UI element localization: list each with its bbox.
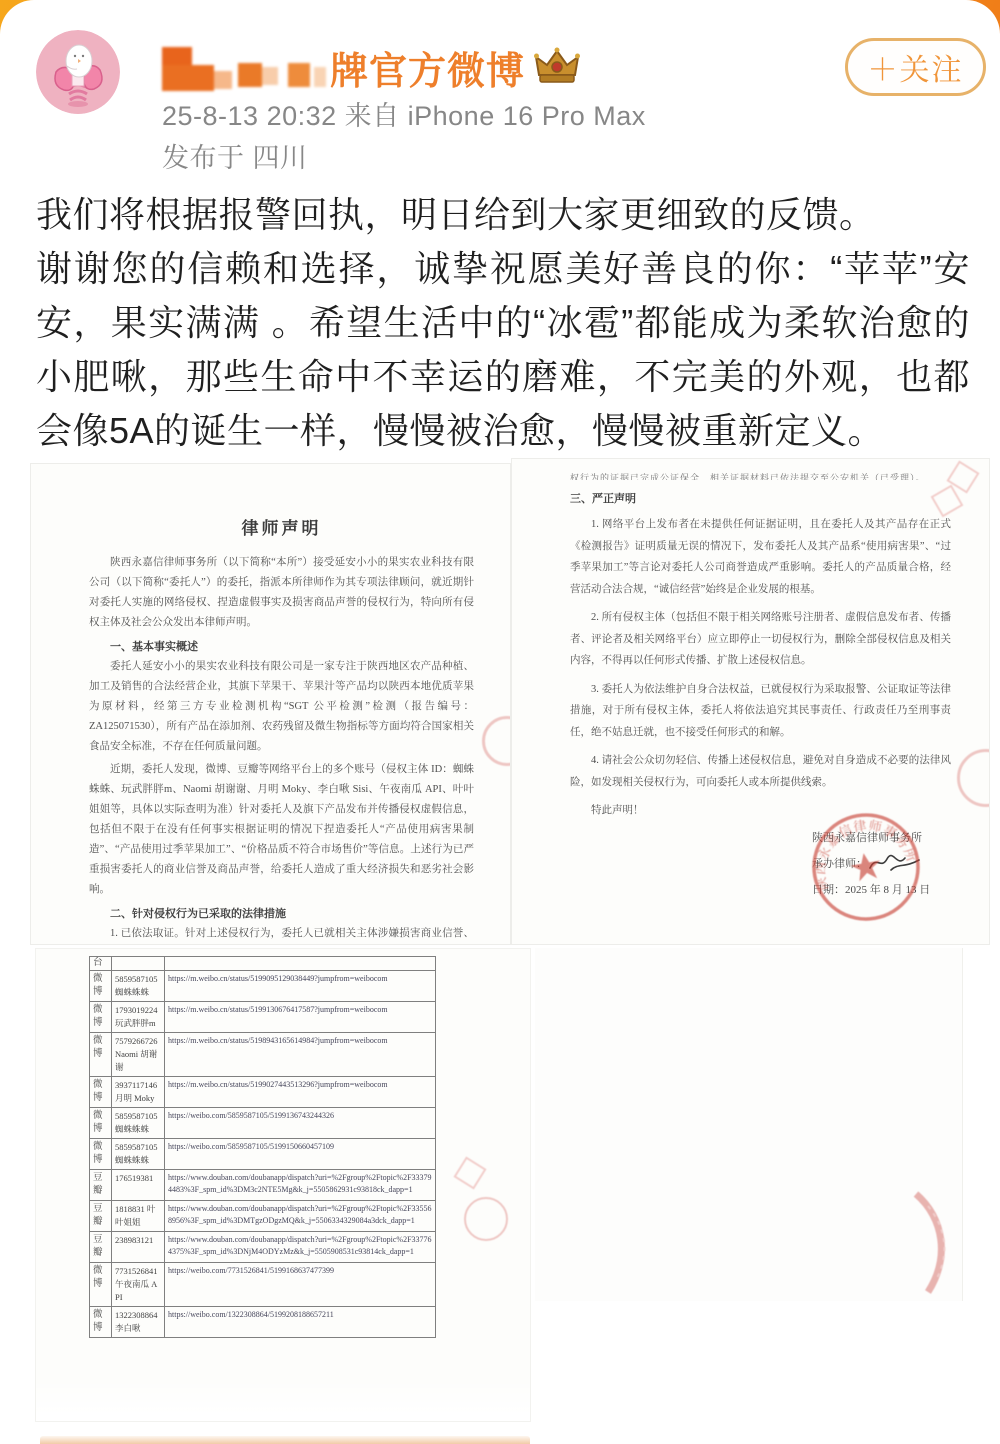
evidence-cell-url: https://m.weibo.cn/status/51989431656149…: [165, 1033, 436, 1077]
post-timestamp: 25-8-13 20:32 来自 iPhone 16 Pro Max: [162, 94, 646, 133]
statement-fact-2: 近期，委托人发现，微博、豆瓣等网络平台上的多个账号（侵权主体 ID：蜘蛛蛛蛛、玩…: [89, 760, 474, 900]
evidence-table-body: 台 微博5859587105 蜘蛛蛛蛛https://m.weibo.cn/st…: [90, 957, 436, 1338]
evidence-cell-url: https://m.weibo.cn/status/51991306764175…: [165, 1002, 436, 1033]
statement-heading-2: 二、针对侵权行为已采取的法律措施: [89, 905, 474, 921]
evidence-cell-platform: 微博: [90, 1002, 112, 1033]
evidence-cell-platform: 微博: [90, 1033, 112, 1077]
clipped-carryover-text: 权行为的证据已完成公证保全，相关证据材料已依法提交至公安机关（已受理）。: [570, 471, 951, 480]
evidence-cell-platform: 微博: [90, 1139, 112, 1170]
statement-measure-partial: 1. 已依法取证。针对上述侵权行为，委托人已就相关主体涉嫌损害商业信誉、商品声: [89, 924, 474, 945]
evidence-cell-url: https://weibo.com/1322308864/51992081886…: [165, 1307, 436, 1338]
evidence-cell-url: [165, 957, 436, 971]
evidence-cell-platform: 豆瓣: [90, 1201, 112, 1232]
username-text[interactable]: 牌官方微博: [330, 40, 525, 95]
seal-arc-text: 陕西永嘉信律师事务所: [804, 809, 922, 892]
evidence-cell-account: 176519381: [112, 1170, 165, 1201]
statement-item-3: 3. 委托人为依法维护自身合法权益，已就侵权行为采取报警、公证取证等法律措施，对…: [570, 679, 951, 744]
stamp-fragment: [464, 1197, 508, 1241]
statement-title: 律师声明: [89, 514, 474, 539]
evidence-cell-url: https://weibo.com/7731526841/51991686374…: [165, 1263, 436, 1307]
evidence-cell-account: 7731526841 午夜南瓜 API: [112, 1263, 165, 1307]
evidence-cell-platform: 微博: [90, 1108, 112, 1139]
evidence-cell-account: 5859587105 蜘蛛蛛蛛: [112, 1108, 165, 1139]
evidence-row: 豆瓣238983121https://www.douban.com/douban…: [90, 1232, 436, 1263]
statement-item-4: 4. 请社会公众切勿轻信、传播上述侵权信息，避免对自身造成不必要的法律风险，如发…: [570, 750, 951, 793]
evidence-cell-account: 1322308864 李白啾: [112, 1307, 165, 1338]
evidence-cell-account: 1793019224 玩武胖胖m: [112, 1002, 165, 1033]
evidence-row: 微博5859587105 蜘蛛蛛蛛https://weibo.com/58595…: [90, 1139, 436, 1170]
evidence-row: 微博1793019224 玩武胖胖mhttps://m.weibo.cn/sta…: [90, 1002, 436, 1033]
statement-heading-1: 一、基本事实概述: [89, 638, 474, 654]
post-text: 我们将根据报警回执，明日给到大家更细致的反馈。 谢谢您的信赖和选择，诚挚祝愿美好…: [36, 188, 970, 458]
photo-bottom-fade: [36, 1379, 530, 1421]
evidence-row: 豆瓣1818831 叶叶姐姐https://www.douban.com/dou…: [90, 1201, 436, 1232]
evidence-row: 微博7579266726 Naomi 胡谢谢https://m.weibo.cn…: [90, 1033, 436, 1077]
evidence-cell-account: 7579266726 Naomi 胡谢谢: [112, 1033, 165, 1077]
evidence-cell-platform: 豆瓣: [90, 1232, 112, 1263]
document-image-statement-page2[interactable]: 权行为的证据已完成公证保全，相关证据材料已依法提交至公安机关（已受理）。 三、严…: [511, 458, 990, 945]
statement-intro: 陕西永嘉信律师事务所（以下简称“本所”）接受延安小小的果实农业科技有限公司（以下…: [89, 553, 474, 633]
evidence-row: 微博5859587105 蜘蛛蛛蛛https://m.weibo.cn/stat…: [90, 971, 436, 1002]
vip-crown-icon: [533, 45, 581, 89]
evidence-cell-account: 3937117146 月明 Moky: [112, 1077, 165, 1108]
evidence-cell-url: https://www.douban.com/doubanapp/dispatc…: [165, 1201, 436, 1232]
evidence-cell-platform: 微博: [90, 1263, 112, 1307]
stamp-fragment: [453, 1156, 486, 1189]
post-paragraph-2: 谢谢您的信赖和选择，诚挚祝愿美好善良的你：“苹苹”安安，果实满满 。希望生活中的…: [36, 242, 970, 458]
svg-text:陕西永嘉信律师事务所: 陕西永嘉信律师事务所: [804, 809, 922, 892]
post-paragraph-1: 我们将根据报警回执，明日给到大家更细致的反馈。: [36, 188, 970, 242]
statement-heading-3: 三、严正声明: [570, 490, 951, 506]
evidence-cell-account: 1818831 叶叶姐姐: [112, 1201, 165, 1232]
evidence-row: 微博3937117146 月明 Mokyhttps://m.weibo.cn/s…: [90, 1077, 436, 1108]
post-card: 牌官方微博 ＋关注 25-8-13 20:32 来自 iPhone 16 Pro…: [0, 0, 1000, 1444]
follow-button[interactable]: ＋关注: [845, 38, 986, 96]
evidence-cell-account: 5859587105 蜘蛛蛛蛛: [112, 1139, 165, 1170]
evidence-cell-url: https://m.weibo.cn/status/51990274435132…: [165, 1077, 436, 1108]
evidence-cell-platform: 微博: [90, 1077, 112, 1108]
evidence-cell-platform: 豆瓣: [90, 1170, 112, 1201]
avatar-illustration: [36, 30, 120, 114]
evidence-cell-platform: 台: [90, 957, 112, 971]
evidence-row: 微博7731526841 午夜南瓜 APIhttps://weibo.com/7…: [90, 1263, 436, 1307]
evidence-row: 微博1322308864 李白啾https://weibo.com/132230…: [90, 1307, 436, 1338]
statement-fact-1: 委托人延安小小的果实农业科技有限公司是一家专注于陕西地区农产品种植、加工及销售的…: [89, 657, 474, 757]
post-location: 发布于 四川: [162, 136, 308, 175]
document-image-evidence-table[interactable]: 台 微博5859587105 蜘蛛蛛蛛https://m.weibo.cn/st…: [35, 948, 531, 1422]
username-row[interactable]: 牌官方微博: [162, 40, 581, 94]
evidence-cell-account: 5859587105 蜘蛛蛛蛛: [112, 971, 165, 1002]
avatar[interactable]: [36, 30, 120, 114]
evidence-cell-platform: 微博: [90, 1307, 112, 1338]
next-image-top-edge[interactable]: [40, 1436, 530, 1444]
evidence-row: 微博5859587105 蜘蛛蛛蛛https://weibo.com/58595…: [90, 1108, 436, 1139]
document-image-blank-page[interactable]: [535, 948, 963, 1301]
evidence-cell-url: https://m.weibo.cn/status/51990951290384…: [165, 971, 436, 1002]
partial-seal-arc: [906, 1188, 963, 1298]
evidence-cell-url: https://www.douban.com/doubanapp/dispatc…: [165, 1232, 436, 1263]
evidence-partial-row: 台: [90, 957, 436, 971]
evidence-cell-platform: 微博: [90, 971, 112, 1002]
evidence-cell-account: 238983121: [112, 1232, 165, 1263]
evidence-cell-url: https://www.douban.com/doubanapp/dispatc…: [165, 1170, 436, 1201]
evidence-table: 台 微博5859587105 蜘蛛蛛蛛https://m.weibo.cn/st…: [89, 956, 436, 1338]
username-redaction-mosaic: [162, 41, 312, 93]
law-firm-seal: 陕西永嘉信律师事务所: [794, 795, 938, 939]
document-image-statement-page1[interactable]: 律师声明 陕西永嘉信律师事务所（以下简称“本所”）接受延安小小的果实农业科技有限…: [30, 463, 511, 945]
evidence-cell-account: [112, 957, 165, 971]
statement-item-1: 1. 网络平台上发布者在未提供任何证据证明，且在委托人及其产品存在正式《检测报告…: [570, 514, 951, 600]
evidence-row: 豆瓣176519381https://www.douban.com/douban…: [90, 1170, 436, 1201]
statement-item-2: 2. 所有侵权主体（包括但不限于相关网络账号注册者、虚假信息发布者、传播者、评论…: [570, 607, 951, 672]
evidence-cell-url: https://weibo.com/5859587105/51991367432…: [165, 1108, 436, 1139]
evidence-cell-url: https://weibo.com/5859587105/51991506604…: [165, 1139, 436, 1170]
